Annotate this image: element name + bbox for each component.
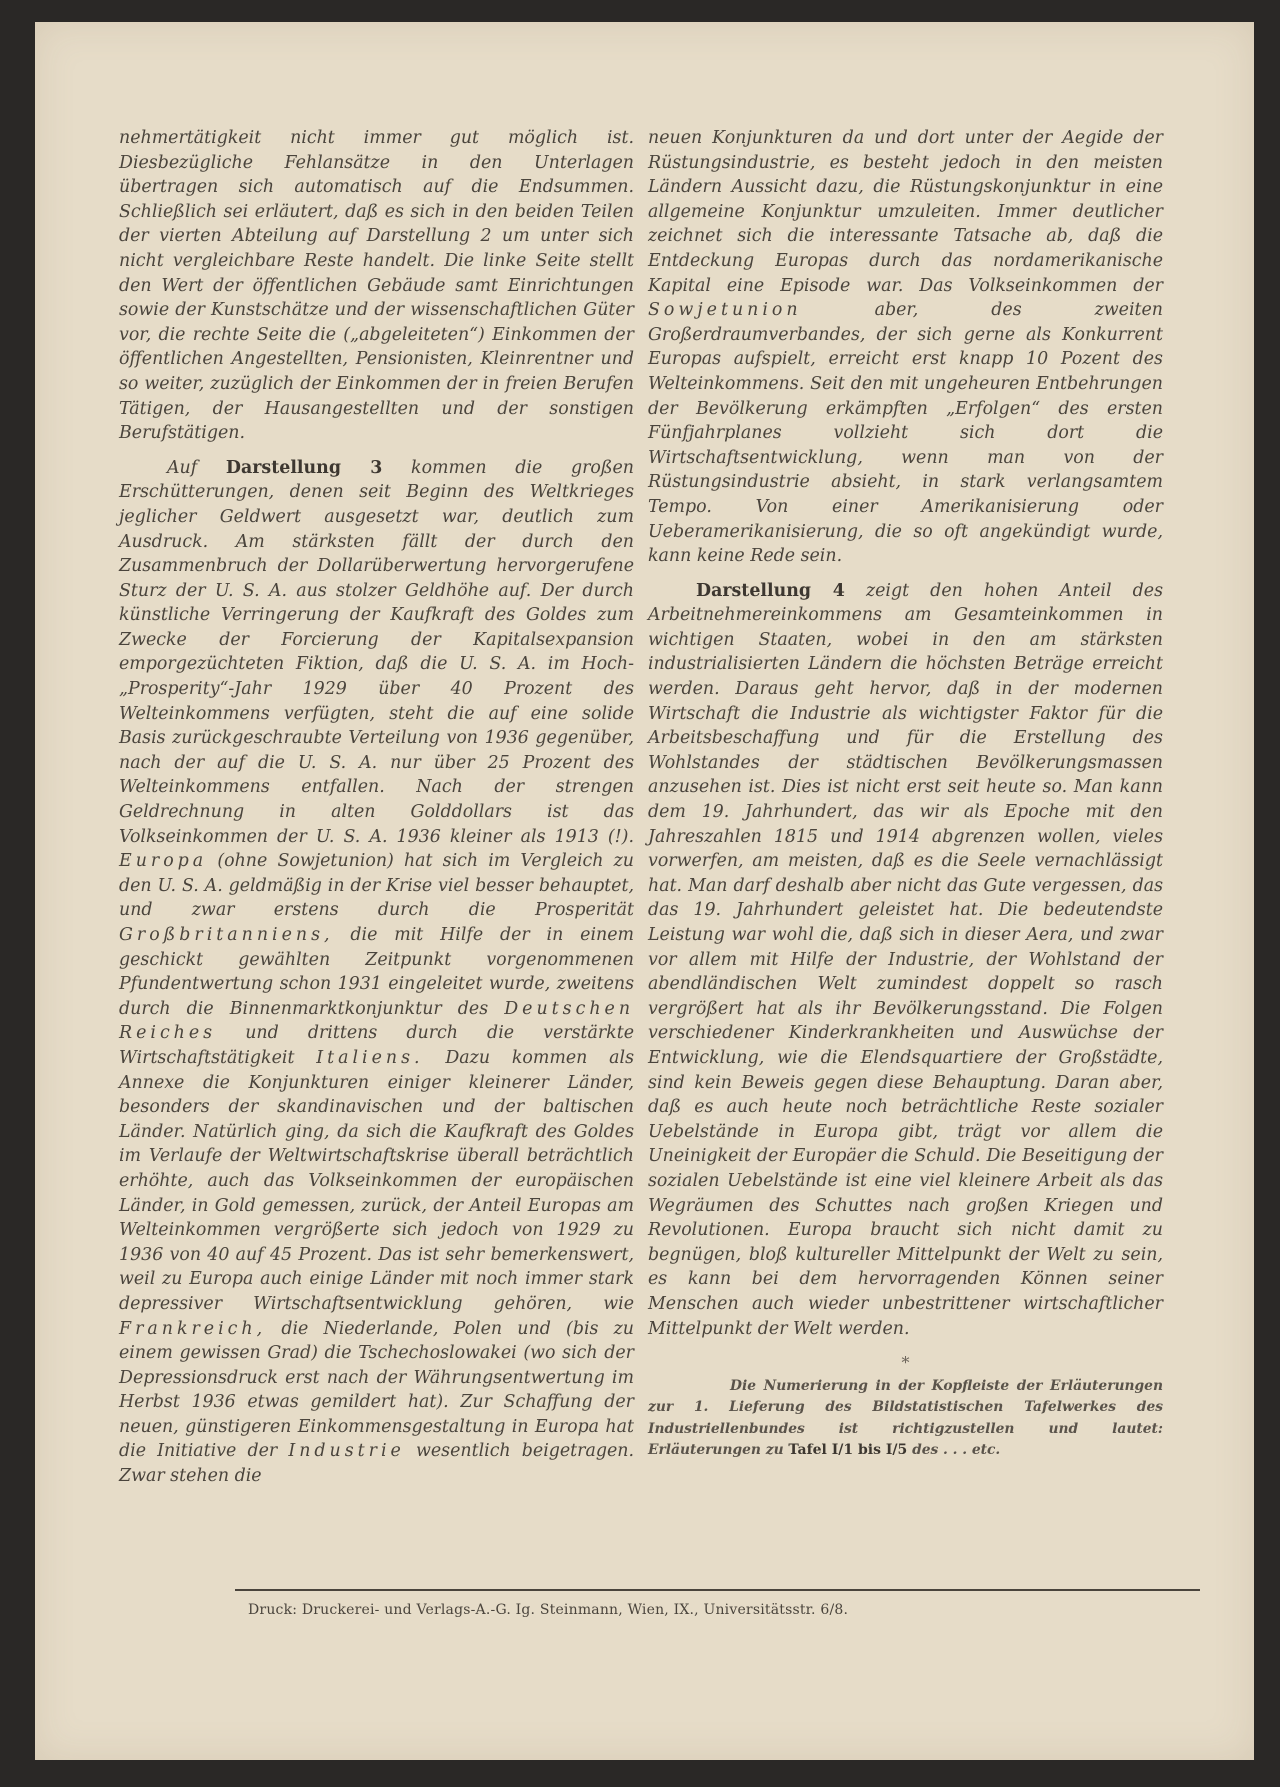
emphasized-term: Industrie [288, 1441, 404, 1461]
emphasized-term: Sowjetunion [648, 300, 802, 320]
emphasized-term: Großbritanniens, [119, 925, 334, 945]
paragraph: nehmertätigkeit nicht immer gut möglich … [119, 126, 634, 446]
paragraph-text: nehmertätigkeit nicht immer gut möglich … [119, 128, 634, 443]
left-column: nehmertätigkeit nicht immer gut möglich … [119, 126, 634, 1489]
figure-reference: Darstellung 4 [696, 581, 845, 601]
paragraph-text: kommen die großen Erschütterungen, denen… [119, 458, 634, 847]
figure-reference: Darstellung 3 [226, 458, 382, 478]
asterisk-separator: * [648, 1351, 1163, 1376]
table-reference: Tafel I/1 bis I/5 [788, 1442, 907, 1458]
emphasized-term: Italiens. [316, 1048, 423, 1068]
paragraph-text: zeigt den hohen Anteil des Arbeitnehmere… [648, 581, 1163, 1339]
printer-imprint: Druck: Druckerei- und Verlags-A.-G. Ig. … [248, 1602, 848, 1618]
paragraph-darstellung-3: Auf Darstellung 3 kommen die großen Ersc… [119, 456, 634, 1489]
footer-rule [235, 1589, 1200, 1591]
right-column: neuen Konjunkturen da und dort unter der… [648, 126, 1163, 1461]
paragraph: neuen Konjunkturen da und dort unter der… [648, 126, 1163, 569]
emphasized-term: Frankreich, [119, 1319, 266, 1339]
emphasized-term: Europa [119, 851, 207, 871]
note-text: des . . . etc. [912, 1442, 1000, 1458]
document-page: nehmertätigkeit nicht immer gut möglich … [35, 22, 1254, 1760]
paragraph-text: aber, des zweiten Großerdraumverbandes, … [648, 300, 1163, 566]
paragraph-darstellung-4: Darstellung 4 zeigt den hohen Anteil des… [648, 579, 1163, 1341]
paragraph-text: Auf [167, 458, 197, 478]
paragraph-text: Dazu kommen als Annexe die Konjunkturen … [119, 1048, 634, 1314]
paragraph-text: neuen Konjunkturen da und dort unter der… [648, 128, 1163, 296]
erratum-note: Die Numerierung in der Kopfleiste der Er… [648, 1376, 1163, 1462]
